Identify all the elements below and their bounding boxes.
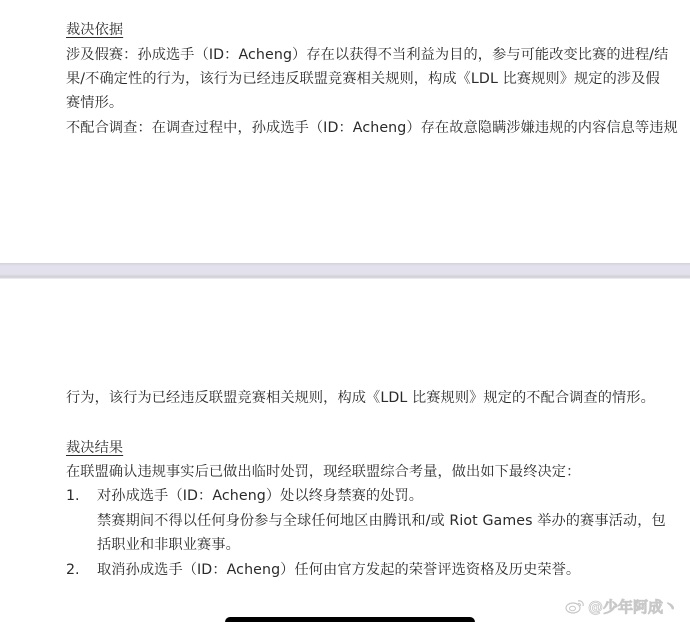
list-number: 1. <box>66 487 80 505</box>
list-item-line: 禁赛期间不得以任何身份参与全球任何地区由腾讯和/或 Riot Games 举办的… <box>97 512 666 530</box>
section-heading-result: 裁决结果 <box>66 439 123 457</box>
list-item-line: 对孙成选手（ID：Acheng）处以终身禁赛的处罚。 <box>97 487 423 505</box>
document-page-top: 裁决依据 涉及假赛：孙成选手（ID：Acheng）存在以获得不当利益为目的，参与… <box>0 0 690 263</box>
list-item-line: 括职业和非职业赛事。 <box>97 536 240 554</box>
paragraph-line: 涉及假赛：孙成选手（ID：Acheng）存在以获得不当利益为目的，参与可能改变比… <box>66 46 668 64</box>
paragraph-line: 不配合调查：在调查过程中，孙成选手（ID：Acheng）存在故意隐瞒涉嫌违规的内… <box>66 119 678 137</box>
weibo-icon <box>565 598 585 614</box>
watermark-text: @少年阿成丶 <box>588 596 678 617</box>
paragraph-continuation: 行为，该行为已经违反联盟竞赛相关规则，构成《LDL 比赛规则》规定的不配合调查的… <box>66 389 655 407</box>
list-number: 2. <box>66 561 80 579</box>
paragraph-intro: 在联盟确认违规事实后已做出临时处罚，现经联盟综合考量，做出如下最终决定： <box>66 463 580 481</box>
watermark: @少年阿成丶 <box>565 596 678 616</box>
paragraph-line: 赛情形。 <box>66 94 123 112</box>
section-heading-basis: 裁决依据 <box>66 21 123 39</box>
home-indicator-bar[interactable] <box>225 617 475 622</box>
paragraph-line: 果/不确定性的行为，该行为已经违反联盟竞赛相关规则，构成《LDL 比赛规则》规定… <box>66 70 660 88</box>
list-item-line: 取消孙成选手（ID：Acheng）任何由官方发起的荣誉评选资格及历史荣誉。 <box>97 561 580 579</box>
page-separator <box>0 263 690 279</box>
